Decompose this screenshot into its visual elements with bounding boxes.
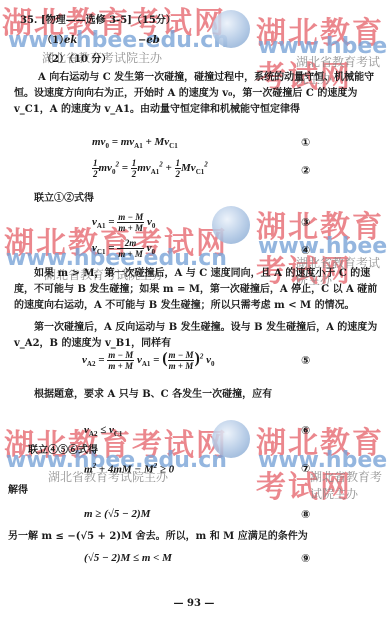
equation-9: (√5 − 2)M ≤ m < M bbox=[84, 552, 172, 564]
watermark-logo-icon bbox=[212, 10, 250, 48]
part1-answer-b: −eb bbox=[138, 34, 160, 47]
watermark-url: www.hbee.edu.cn bbox=[258, 448, 388, 473]
part2-label: （2）（10 分） bbox=[42, 53, 111, 66]
paragraph-8: 另一解 m ≤ −(√5 + 2)M 舍去。所以，m 和 M 应满足的条件为 bbox=[8, 530, 308, 543]
equation-5-marker: ⑤ bbox=[301, 354, 310, 367]
equation-4-marker: ④ bbox=[301, 244, 310, 257]
watermark-subtitle: 湖北省教育考试院主办 bbox=[310, 468, 388, 502]
problem-heading: 35. [物理——选修 3-5]（15分） bbox=[20, 14, 176, 27]
equation-3-marker: ③ bbox=[301, 216, 310, 229]
page-number: — 93 — bbox=[0, 598, 388, 609]
paragraph-2: 联立①②式得 bbox=[34, 192, 94, 205]
watermark-url: www.hbee.edu.cn bbox=[258, 234, 388, 259]
paragraph-7: 解得 bbox=[8, 484, 28, 497]
equation-5: vA2 = m − Mm + M vA1 = (m − Mm + M)2 v0 bbox=[82, 350, 214, 371]
watermark-title: 湖北教育考试网 bbox=[256, 418, 388, 506]
equation-1-marker: ① bbox=[301, 136, 310, 149]
equation-8: m ≥ (√5 − 2)M bbox=[84, 508, 150, 520]
equation-7-marker: ⑦ bbox=[301, 462, 310, 475]
watermark-logo-icon bbox=[212, 206, 250, 244]
document-page: 湖北教育考试网 www.hbee.edu.cn 湖北省教育考试院主办 湖北教育考… bbox=[0, 0, 388, 620]
paragraph-1: A 向右运动与 C 发生第一次碰撞，碰撞过程中，系统的动量守恒、机械能守恒。设速… bbox=[14, 70, 378, 118]
watermark-logo-icon bbox=[212, 420, 250, 458]
paragraph-4: 第一次碰撞后，A 反向运动与 B 发生碰撞。设与 B 发生碰撞后，A 的速度为 … bbox=[14, 320, 378, 352]
part1-answer-a: ek bbox=[64, 34, 77, 47]
equation-3: vA1 = m − Mm + M v0 bbox=[92, 212, 155, 233]
equation-4: vC1 = 2mm + M v0 bbox=[92, 238, 155, 259]
equation-8-marker: ⑧ bbox=[301, 508, 310, 521]
equation-7: m2 + 4mM − M2 ≥ 0 bbox=[84, 462, 174, 476]
equation-2-marker: ② bbox=[301, 164, 310, 177]
paragraph-3: 如果 m > M，第一次碰撞后，A 与 C 速度同向，且 A 的速度小于 C 的… bbox=[14, 266, 378, 314]
equation-6: vA2 ≤ vC1 bbox=[84, 424, 122, 438]
paragraph-5: 根据题意，要求 A 只与 B、C 各发生一次碰撞，应有 bbox=[34, 388, 272, 401]
equation-6-marker: ⑥ bbox=[301, 424, 310, 437]
equation-9-marker: ⑨ bbox=[301, 552, 310, 565]
paragraph-6: 联立④⑤⑥式得 bbox=[28, 444, 98, 457]
equation-1: mv0 = mvA1 + MvC1 bbox=[92, 136, 178, 150]
equation-2: 12mv02 = 12mvA12 + 12MvC12 bbox=[92, 158, 208, 179]
watermark-url: www.hbee.edu.cn bbox=[258, 34, 388, 59]
